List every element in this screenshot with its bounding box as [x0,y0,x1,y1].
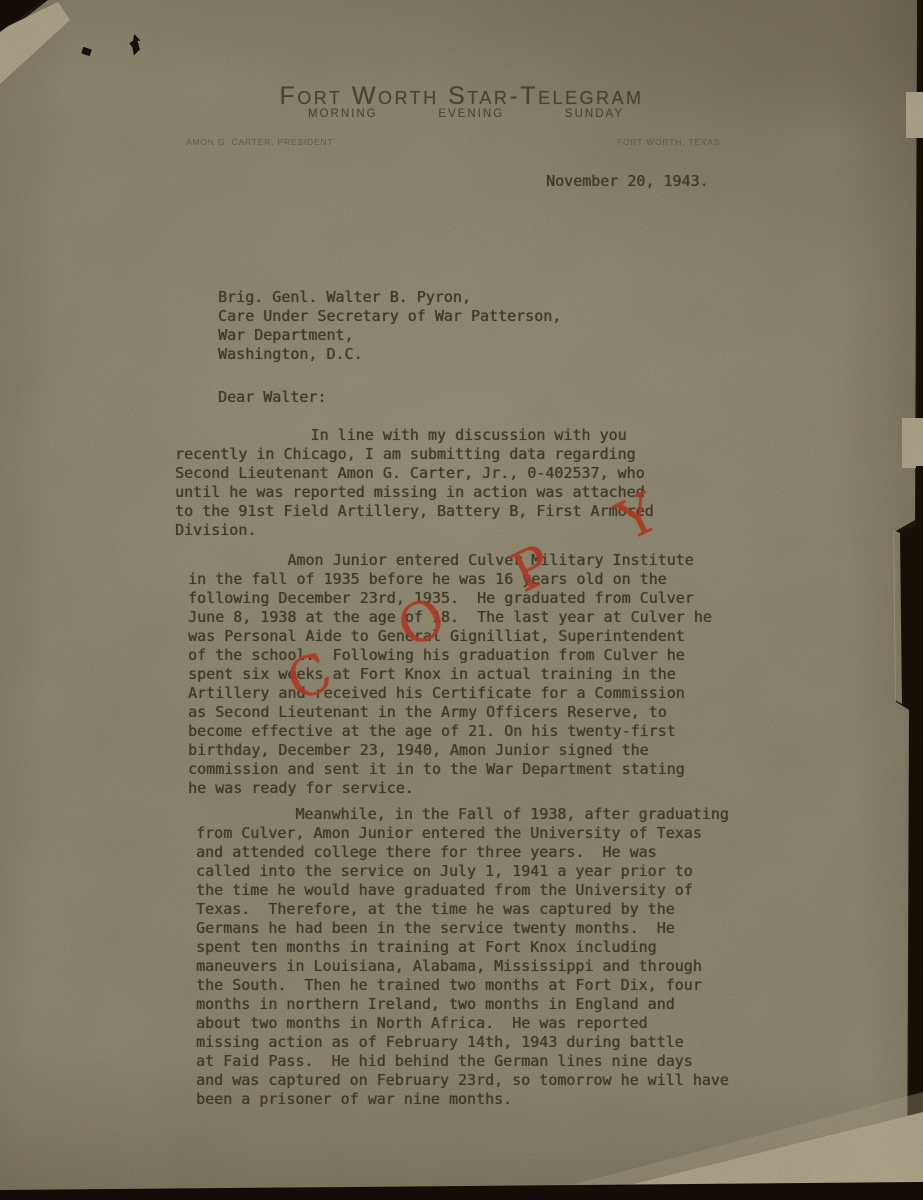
masthead-editions-row: MORNING EVENING SUNDAY [308,108,624,120]
salutation: Dear Walter: [218,388,326,407]
edition-morning-label: MORNING [308,108,378,120]
city-line: Fort Worth, Texas [617,137,720,147]
paragraph-3: Meanwhile, in the Fall of 1938, after gr… [196,805,729,1109]
president-line: Amon G. Carter, President [186,137,333,147]
scan-edge-shadow-right [916,466,923,528]
scan-edge-shadow-right [917,0,923,420]
newspaper-masthead-title: Fort Worth Star-Telegram [0,82,923,111]
scanned-letter-document: Fort Worth Star-Telegram MORNING EVENING… [0,0,923,1200]
recipient-address-block: Brig. Genl. Walter B. Pyron, Care Under … [218,288,561,364]
letter-date: November 20, 1943. [546,172,709,191]
edition-sunday-label: SUNDAY [565,108,624,120]
edition-evening-label: EVENING [438,108,504,120]
under-sheet-sliver [902,418,923,468]
